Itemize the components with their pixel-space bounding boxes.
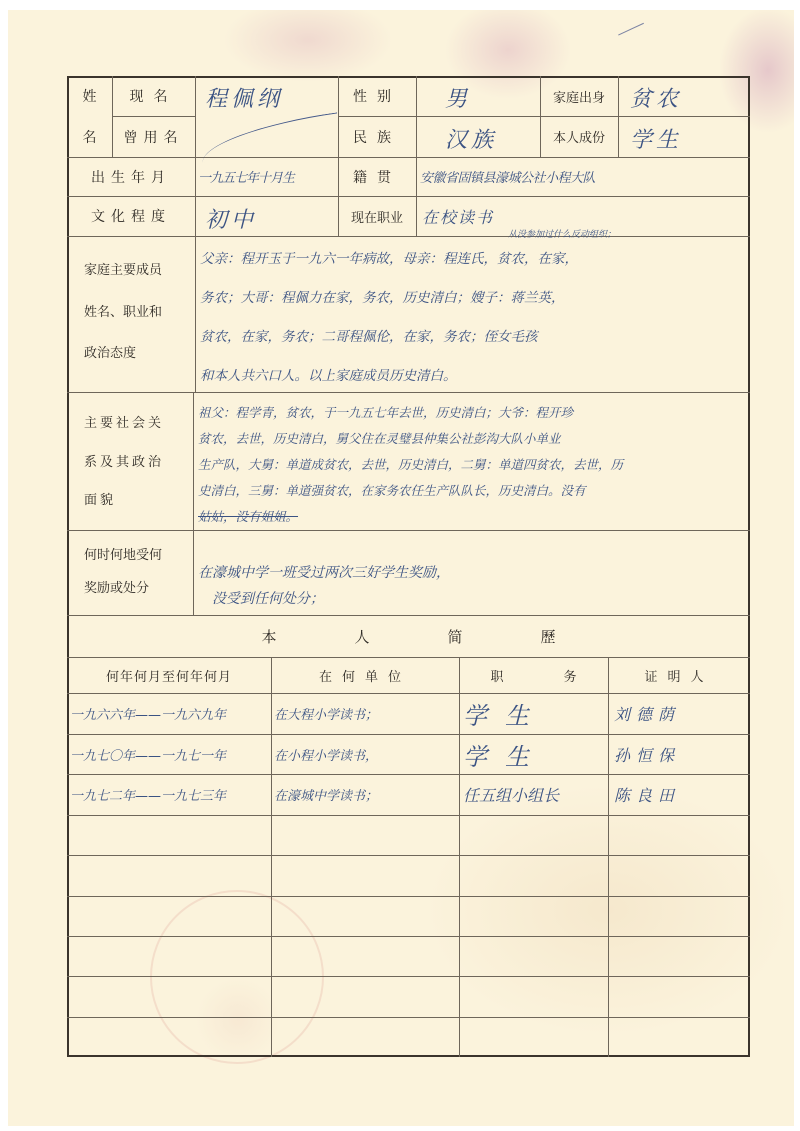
- resume-cell-position: [463, 817, 607, 853]
- rule: [67, 236, 750, 237]
- label-family-members: 家庭主要成员 姓名、职业和 政治态度: [84, 250, 194, 375]
- label-social-relations: 主要社会关 系及其政治 面貌: [84, 405, 194, 520]
- rule: [67, 896, 750, 897]
- value-birth-date: 一九五七年十月生: [198, 160, 294, 192]
- label-birth-date: 出生年月: [67, 157, 195, 196]
- resume-cell-period: 一九七〇年——一九七一年: [70, 736, 270, 772]
- value-personal-status: 学生: [630, 120, 682, 156]
- resume-cell-unit: [274, 978, 458, 1014]
- label-line: 姓名、职业和: [84, 305, 162, 321]
- resume-cell-period: [70, 817, 270, 853]
- resume-cell-position: 学生: [463, 695, 607, 731]
- rule: [67, 936, 750, 937]
- resume-cell-witness: [614, 857, 748, 893]
- value-education: 初中: [205, 200, 257, 236]
- label-current-occupation: 现在职业: [338, 196, 416, 236]
- label-personal-status: 本人成份: [540, 116, 618, 157]
- resume-col-witness: 证明人: [608, 657, 750, 693]
- resume-cell-period: [70, 857, 270, 893]
- text-line: 祖父：程学青，贫农，于一九五七年去世，历史清白；大爷：程开珍: [198, 400, 746, 426]
- text-line: 务农；大哥：程佩力在家，务农，历史清白；嫂子：蒋兰英，: [200, 279, 745, 318]
- resume-cell-position: [463, 938, 607, 974]
- resume-cell-witness: [614, 898, 748, 934]
- text-line: 贫农，在家，务农；二哥程佩伦，在家，务农；侄女毛孩: [200, 318, 745, 357]
- resume-cell-period: 一九六六年——一九六九年: [70, 695, 270, 731]
- value-current-occupation: 在校读书: [422, 200, 494, 232]
- resume-cell-witness: [614, 978, 748, 1014]
- label-ethnicity: 民族: [338, 116, 416, 157]
- rule: [618, 76, 619, 157]
- resume-cell-unit: 在大程小学读书；: [274, 695, 458, 731]
- resume-cell-position: [463, 857, 607, 893]
- rule: [67, 815, 750, 816]
- resume-title: 本人简歷: [67, 615, 750, 657]
- resume-cell-witness: [614, 938, 748, 974]
- label-line: 政治态度: [84, 346, 136, 362]
- rule: [67, 734, 750, 735]
- value-family-background: 贫农: [630, 80, 682, 114]
- label-line: 系及其政治: [84, 455, 164, 471]
- resume-cell-unit: 在濠城中学读书；: [274, 776, 458, 812]
- rule: [459, 657, 460, 1057]
- resume-cell-witness: 孙恒保: [614, 736, 748, 772]
- label-line: 面貌: [84, 493, 116, 509]
- rule: [271, 657, 272, 1057]
- label-native-place: 籍贯: [338, 157, 416, 196]
- resume-cell-unit: [274, 817, 458, 853]
- label-line: 家庭主要成员: [84, 263, 162, 279]
- rule: [67, 855, 750, 856]
- rule: [608, 657, 609, 1057]
- value-family-members: 父亲：程开玉于一九六一年病故，母亲：程连氏，贫农，在家， 务农；大哥：程佩力在家…: [200, 240, 745, 396]
- rule: [195, 76, 196, 392]
- value-rewards: 在濠城中学一班受过两次三好学生奖励， 没受到任何处分；: [198, 560, 738, 612]
- text-line: 在濠城中学一班受过两次三好学生奖励，: [198, 560, 738, 586]
- resume-cell-position: 任五组小组长: [463, 776, 607, 812]
- resume-cell-witness: [614, 817, 748, 853]
- label-family-background: 家庭出身: [540, 76, 618, 116]
- resume-cell-period: [70, 1019, 270, 1055]
- value-current-name: 程佩纲: [205, 80, 283, 114]
- value-gender: 男: [445, 80, 471, 114]
- resume-cell-witness: [614, 1019, 748, 1055]
- rule: [67, 693, 750, 694]
- value-family-note: 从没参加过什么反动组织；: [508, 227, 616, 239]
- resume-cell-unit: 在小程小学读书，: [274, 736, 458, 772]
- label-line: 何时何地受何: [84, 548, 162, 564]
- text-line: 和本人共六口人。以上家庭成员历史清白。: [200, 357, 745, 396]
- resume-cell-position: [463, 978, 607, 1014]
- text-line: 贫农，去世，历史清白，舅父住在灵璧县仲集公社彭沟大队小单业: [198, 426, 746, 452]
- label-current-name: 现名: [112, 76, 195, 116]
- value-social-relations: 祖父：程学青，贫农，于一九五七年去世，历史清白；大爷：程开珍 贫农，去世，历史清…: [198, 400, 746, 530]
- rule: [416, 76, 417, 236]
- resume-cell-period: [70, 938, 270, 974]
- label-education: 文化程度: [67, 196, 195, 236]
- value-native-place: 安徽省固镇县濠城公社小程大队: [420, 160, 595, 192]
- resume-cell-position: [463, 898, 607, 934]
- resume-cell-unit: [274, 1019, 458, 1055]
- resume-cell-unit: [274, 898, 458, 934]
- resume-col-period: 何年何月至何年何月: [67, 657, 271, 693]
- resume-cell-period: [70, 898, 270, 934]
- value-ethnicity: 汉族: [445, 120, 497, 156]
- rule: [67, 530, 750, 531]
- text-line: 史清白，三舅：单道强贫农，在家务农任生产队队长，历史清白。没有: [198, 478, 746, 504]
- label-former-name: 曾用名: [112, 116, 195, 157]
- text-line: 姑姑，没有姐姐。: [198, 504, 746, 530]
- label-name-group-1: 姓: [67, 76, 112, 116]
- resume-cell-witness: 陈良田: [614, 776, 748, 812]
- rule: [67, 976, 750, 977]
- label-line: 奖励或处分: [84, 581, 149, 597]
- label-gender: 性别: [338, 76, 416, 116]
- resume-cell-witness: 刘德荫: [614, 695, 748, 731]
- rule: [67, 1017, 750, 1018]
- resume-cell-period: 一九七二年——一九七三年: [70, 776, 270, 812]
- resume-cell-position: [463, 1019, 607, 1055]
- text-line: 没受到任何处分；: [198, 586, 738, 612]
- text-line: 生产队，大舅：单道成贫农，去世，历史清白，二舅：单道四贫农，去世，历: [198, 452, 746, 478]
- resume-cell-unit: [274, 938, 458, 974]
- label-line: 主要社会关: [84, 416, 164, 432]
- resume-cell-period: [70, 978, 270, 1014]
- text-line: 父亲：程开玉于一九六一年病故，母亲：程连氏，贫农，在家，: [200, 240, 745, 279]
- resume-col-position: 职务: [459, 657, 608, 693]
- resume-cell-unit: [274, 857, 458, 893]
- resume-cell-position: 学生: [463, 736, 607, 772]
- rule: [67, 774, 750, 775]
- label-name-group-2: 名: [67, 116, 112, 157]
- label-rewards: 何时何地受何 奖励或处分: [84, 540, 194, 605]
